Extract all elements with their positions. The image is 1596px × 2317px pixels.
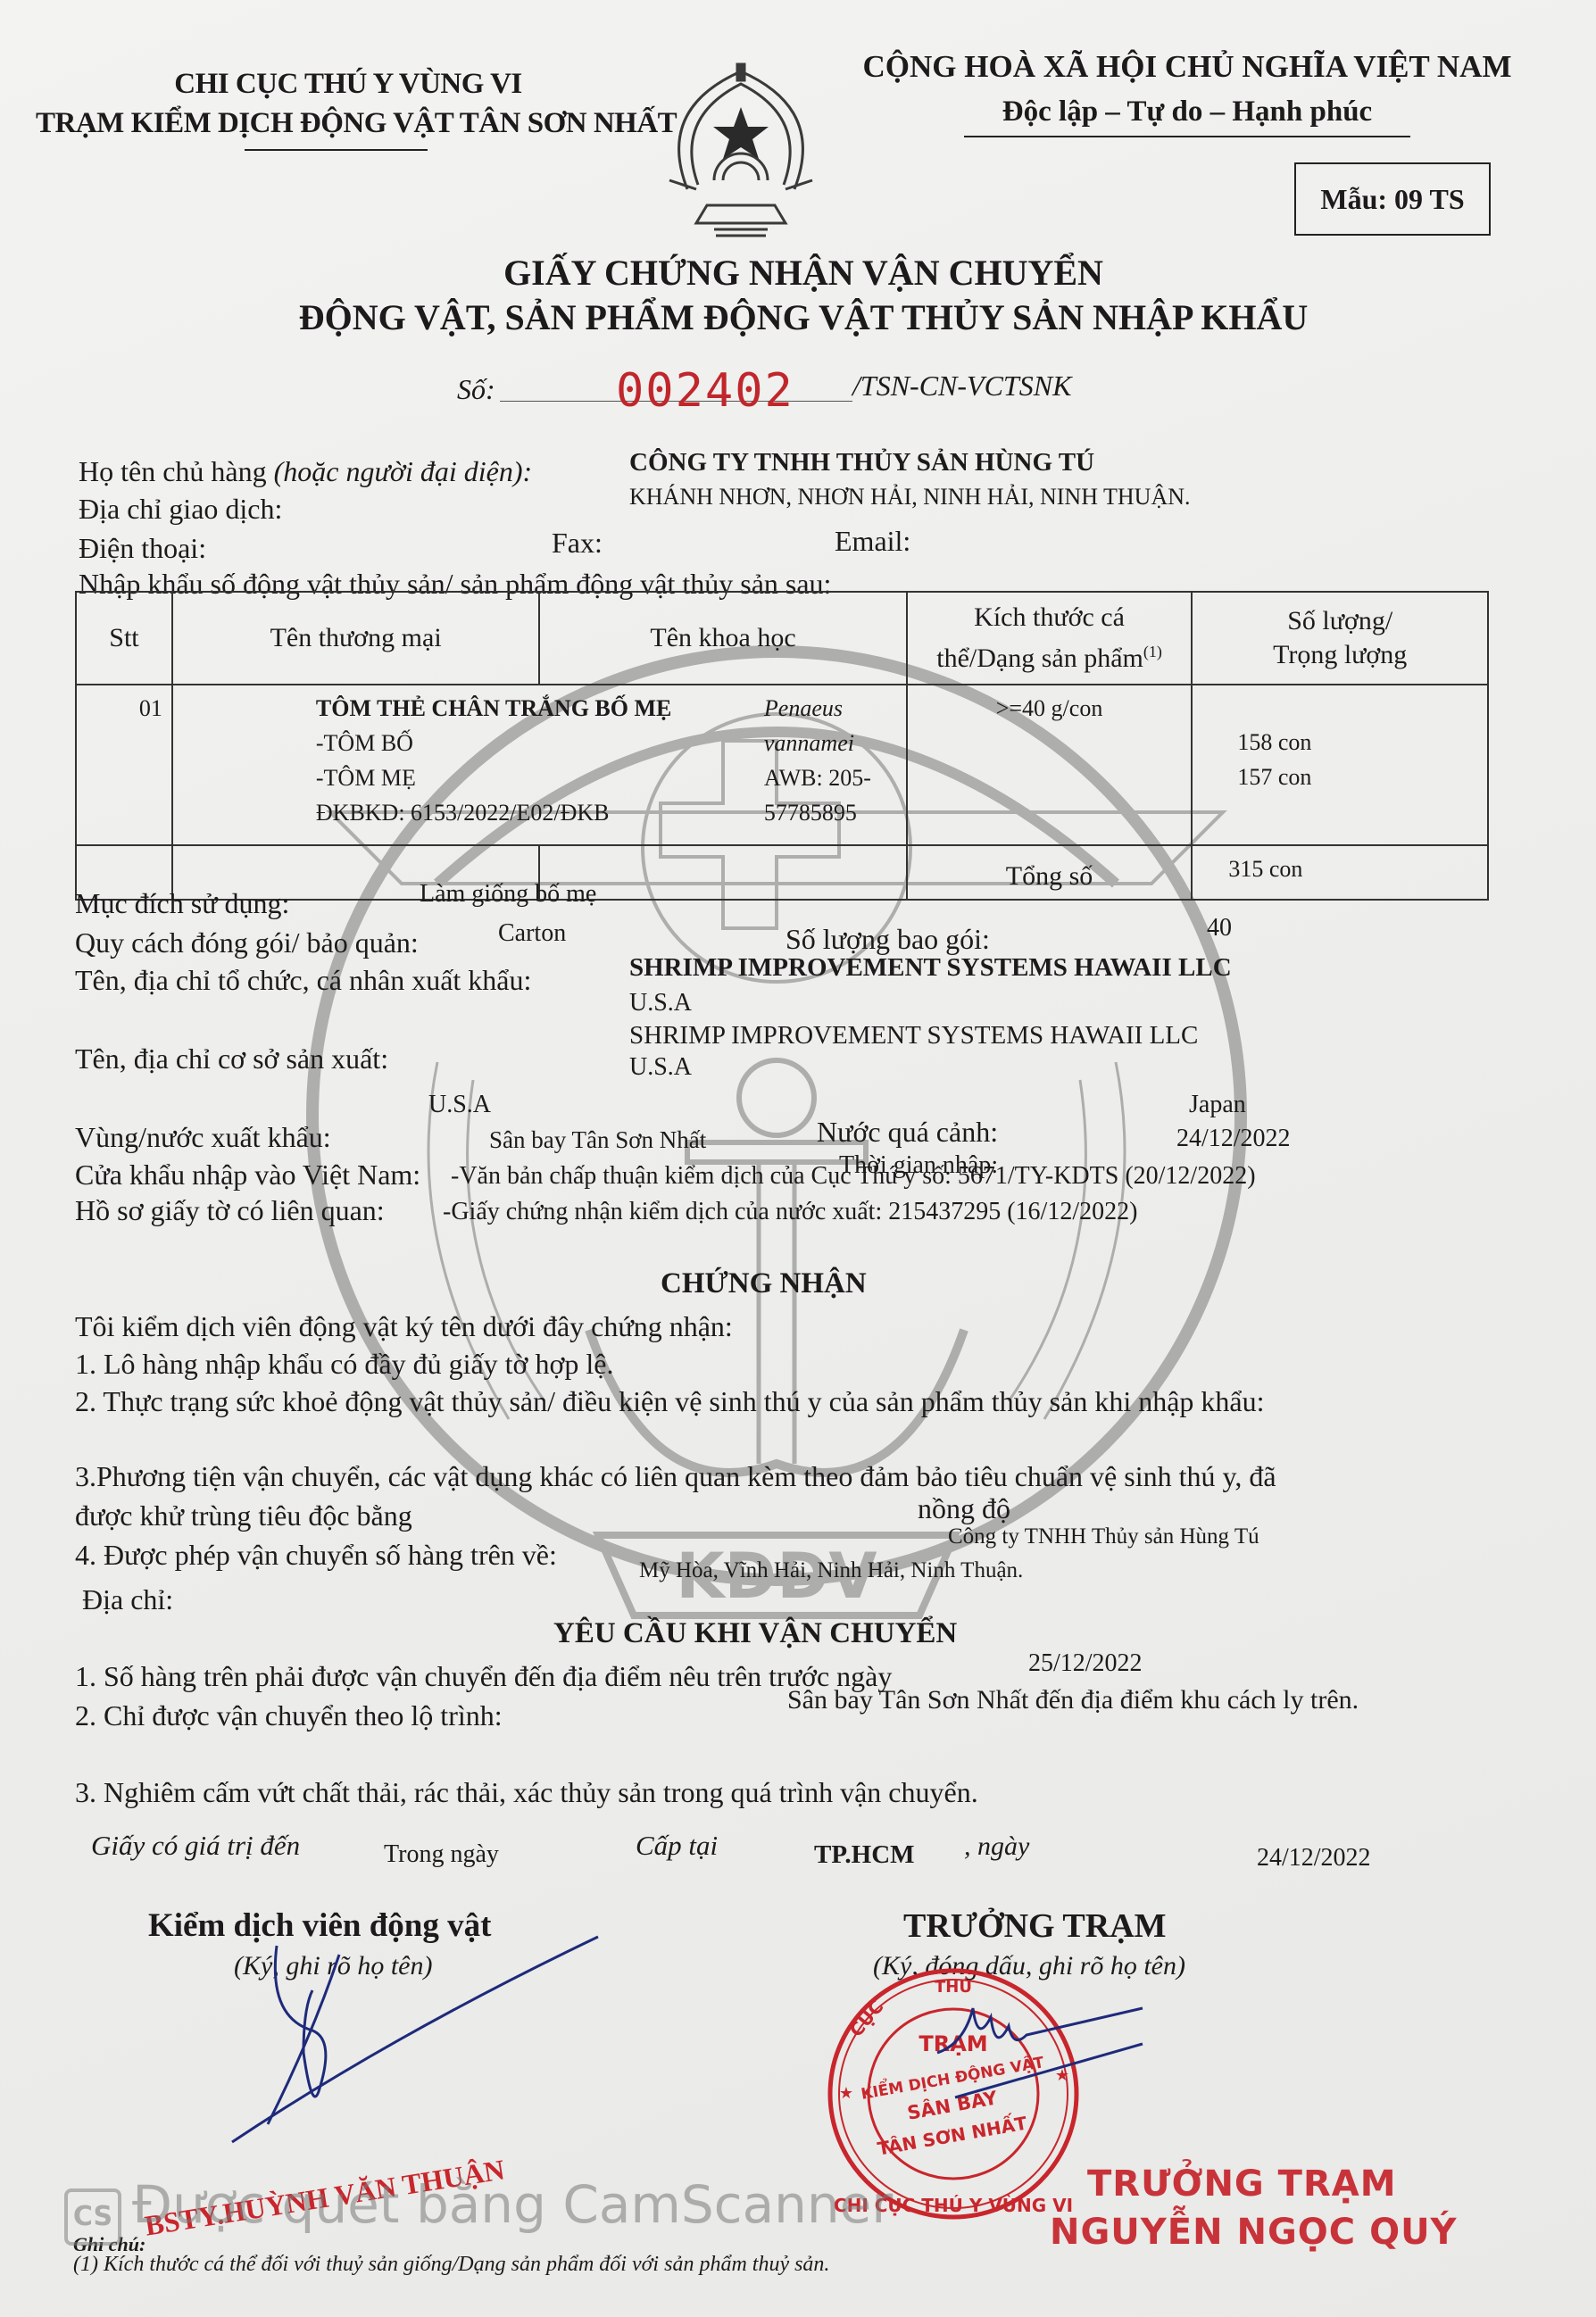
document-title-line-1: GIẤY CHỨNG NHẬN VẬN CHUYỂN (179, 252, 1428, 294)
exporter-address: U.S.A (629, 989, 692, 1017)
deadline-date: 25/12/2022 (1028, 1649, 1143, 1678)
svg-text:★: ★ (1055, 2066, 1069, 2085)
svg-text:TÂN SƠN NHẤT: TÂN SƠN NHẤT (876, 2111, 1029, 2160)
transport-route: Sân bay Tân Sơn Nhất đến địa điểm khu cá… (787, 1685, 1359, 1715)
certification-item-1: 1. Lô hàng nhập khẩu có đầy đủ giấy tờ h… (75, 1348, 613, 1381)
issue-date-value: 24/12/2022 (1257, 1844, 1371, 1873)
validity-label: Giấy có giá trị đến (91, 1830, 300, 1862)
email-label: Email: (835, 525, 910, 558)
agency-line-2: TRẠM KIỂM DỊCH ĐỘNG VẬT TÂN SƠN NHẤT (36, 104, 661, 143)
inspector-title: Kiểm dịch viên động vật (148, 1906, 491, 1945)
issue-date-label: , ngày (964, 1831, 1029, 1862)
owner-address-value: KHÁNH NHƠN, NHƠN HẢI, NINH HẢI, NINH THU… (629, 484, 1191, 511)
agency-header: CHI CỤC THÚ Y VÙNG VI TRẠM KIỂM DỊCH ĐỘN… (36, 64, 661, 143)
producer-label: Tên, địa chỉ cơ sở sản xuất: (75, 1042, 388, 1075)
requirements-heading: YÊU CẦU KHI VẬN CHUYỂN (553, 1617, 957, 1650)
certification-intro: Tôi kiểm dịch viên động vật ký tên dưới … (75, 1310, 733, 1343)
col-size: Kích thước cá thể/Dạng sản phẩm(1) (907, 592, 1193, 685)
requirement-item-1: 1. Số hàng trên phải được vận chuyển đến… (75, 1660, 892, 1693)
col-scientific-name: Tên khoa học (539, 592, 906, 685)
row-trade-name: TÔM THẺ CHÂN TRẮNG BỐ MẸ (316, 691, 671, 726)
related-docs-label: Hồ sơ giấy tờ có liên quan: (75, 1194, 385, 1227)
row-awb: AWB: 205-57785895 (764, 760, 906, 830)
approval-document: -Văn bản chấp thuận kiểm dịch của Cục Th… (451, 1162, 1256, 1191)
certification-heading: CHỨNG NHẬN (661, 1267, 867, 1300)
producer-address: U.S.A (629, 1053, 692, 1082)
certification-item-4-label: 4. Được phép vận chuyển số hàng trên về: (75, 1539, 557, 1572)
related-docs-value: -Giấy chứng nhận kiểm dịch của nước xuất… (443, 1198, 1137, 1226)
row-trade-sub-1: -TÔM BỐ (316, 726, 671, 760)
phone-label: Điện thoại: (79, 532, 206, 565)
owner-address-label: Địa chỉ giao dịch: (79, 493, 282, 526)
svg-text:CỤC: CỤC (845, 1996, 888, 2040)
certification-item-2: 2. Thực trạng sức khoẻ động vật thủy sản… (75, 1385, 1265, 1418)
exporter-name: SHRIMP IMPROVEMENT SYSTEMS HAWAII LLC (629, 953, 1232, 983)
row-names: TÔM THẺ CHÂN TRẮNG BỐ MẸ -TÔM BỐ -TÔM MẸ… (172, 685, 907, 845)
agency-line-1: CHI CỤC THÚ Y VÙNG VI (36, 64, 661, 104)
export-country-value: U.S.A (428, 1091, 491, 1119)
exporter-label: Tên, địa chỉ tổ chức, cá nhân xuất khẩu: (75, 964, 531, 997)
package-count-value: 40 (1207, 914, 1232, 943)
transit-country-value: Japan (1189, 1091, 1246, 1119)
number-label: Số: (457, 373, 495, 406)
head-sign-note: (Ký, đóng dấu, ghi rõ họ tên) (873, 1951, 1185, 1981)
destination-company: Công ty TNHH Thủy sản Hùng Tú (948, 1524, 1259, 1549)
requirement-item-2: 2. Chỉ được vận chuyển theo lộ trình: (75, 1699, 503, 1732)
producer-name: SHRIMP IMPROVEMENT SYSTEMS HAWAII LLC (629, 1021, 1198, 1051)
row-quantity: 158 con 157 con (1192, 685, 1488, 845)
row-quantity-female: 157 con (1237, 760, 1478, 794)
transit-label: Nước quá cảnh: (817, 1116, 998, 1149)
destination-address: Mỹ Hòa, Vĩnh Hải, Ninh Hải, Ninh Thuận. (639, 1558, 1023, 1583)
certification-item-3-line-2: được khử trùng tiêu độc bằng (75, 1499, 412, 1532)
svg-text:TRẠM: TRẠM (919, 2031, 987, 2056)
row-trade-sub-2: -TÔM MẸ (316, 760, 671, 795)
entry-port-value: Sân bay Tân Sơn Nhất (489, 1126, 706, 1154)
head-signature-icon (928, 1999, 1151, 2124)
purpose-label: Mục đích sử dụng: (75, 887, 289, 920)
form-code-box: Mẫu: 09 TS (1294, 162, 1491, 236)
row-trade-sub-3: ĐKBKD: 6153/2022/E02/ĐKB (316, 795, 671, 830)
camscanner-logo-icon: CS (64, 2188, 121, 2246)
total-value: 315 con (1192, 845, 1488, 900)
package-count-label: Số lượng bao gói: (786, 923, 990, 956)
col-stt: Stt (76, 592, 172, 685)
fax-label: Fax: (552, 527, 603, 560)
issued-at-label: Cấp tại (636, 1830, 718, 1862)
certification-item-3-line-1: 3.Phương tiện vận chuyển, các vật dụng k… (75, 1460, 1276, 1493)
export-country-label: Vùng/nước xuất khẩu: (75, 1121, 331, 1154)
row-size: >=40 g/con (907, 685, 1193, 845)
head-title-stamp: TRƯỞNG TRẠM (1087, 2163, 1397, 2205)
col-trade-name: Tên thương mại (172, 592, 539, 685)
certificate-number: 002402 (616, 364, 794, 418)
svg-text:KIỂM DỊCH ĐỘNG VẬT: KIỂM DỊCH ĐỘNG VẬT (859, 2049, 1045, 2104)
certificate-number-suffix: /TSN-CN-VCTSNK (852, 370, 1071, 403)
import-time-value: 24/12/2022 (1176, 1125, 1291, 1153)
agency-underline (245, 149, 428, 151)
country-name: CỘNG HOÀ XÃ HỘI CHỦ NGHĨA VIỆT NAM (830, 45, 1544, 89)
total-label: Tổng số (907, 845, 1193, 900)
goods-table: Stt Tên thương mại Tên khoa học Kích thư… (75, 591, 1489, 901)
validity-value: Trong ngày (384, 1840, 499, 1869)
owner-name-label: Họ tên chủ hàng (hoặc người đại diện): (79, 455, 532, 488)
goods-table-header: Stt Tên thương mại Tên khoa học Kích thư… (76, 592, 1488, 685)
entry-port-label: Cửa khẩu nhập vào Việt Nam: (75, 1158, 420, 1192)
camscanner-watermark: Được quét bằng CamScanner (132, 2174, 893, 2235)
packing-label: Quy cách đóng gói/ bảo quản: (75, 926, 419, 959)
requirement-item-3: 3. Nghiêm cấm vứt chất thải, rác thải, x… (75, 1776, 978, 1809)
vietnam-national-emblem-icon (652, 55, 830, 245)
row-quantity-male: 158 con (1237, 725, 1478, 760)
destination-address-label: Địa chỉ: (82, 1583, 173, 1616)
motto-underline (964, 136, 1410, 137)
concentration-label: nồng độ (918, 1492, 1010, 1525)
certificate-page: KDĐV CHI CỤC THÚ Y VÙNG VI TRẠM KIỂM DỊC… (0, 0, 1596, 2317)
packing-value: Carton (498, 919, 566, 948)
country-header: CỘNG HOÀ XÃ HỘI CHỦ NGHĨA VIỆT NAM Độc l… (830, 45, 1544, 134)
table-row: 01 TÔM THẺ CHÂN TRẮNG BỐ MẸ -TÔM BỐ -TÔM… (76, 685, 1488, 845)
footnote-text: (1) Kích thước cá thể đối với thuỷ sản g… (73, 2253, 829, 2277)
svg-text:★: ★ (839, 2084, 853, 2103)
owner-name-value: CÔNG TY TNHH THỦY SẢN HÙNG TÚ (629, 448, 1094, 478)
inspector-sign-note: (Ký, ghi rõ họ tên) (234, 1951, 432, 1981)
col-quantity: Số lượng/ Trọng lượng (1192, 592, 1488, 685)
purpose-value: Làm giống bố mẹ (420, 880, 596, 909)
country-motto: Độc lập – Tự do – Hạnh phúc (830, 89, 1544, 134)
head-name-stamp: NGUYỄN NGỌC QUÝ (1050, 2212, 1458, 2253)
row-stt: 01 (76, 685, 172, 845)
document-title-line-2: ĐỘNG VẬT, SẢN PHẨM ĐỘNG VẬT THỦY SẢN NHẬ… (179, 296, 1428, 338)
row-scientific-name: Penaeus vannamei (764, 691, 906, 760)
svg-text:SÂN BAY: SÂN BAY (905, 2086, 999, 2123)
issued-at-value: TP.HCM (814, 1840, 915, 1870)
head-title: TRƯỞNG TRẠM (903, 1906, 1167, 1946)
